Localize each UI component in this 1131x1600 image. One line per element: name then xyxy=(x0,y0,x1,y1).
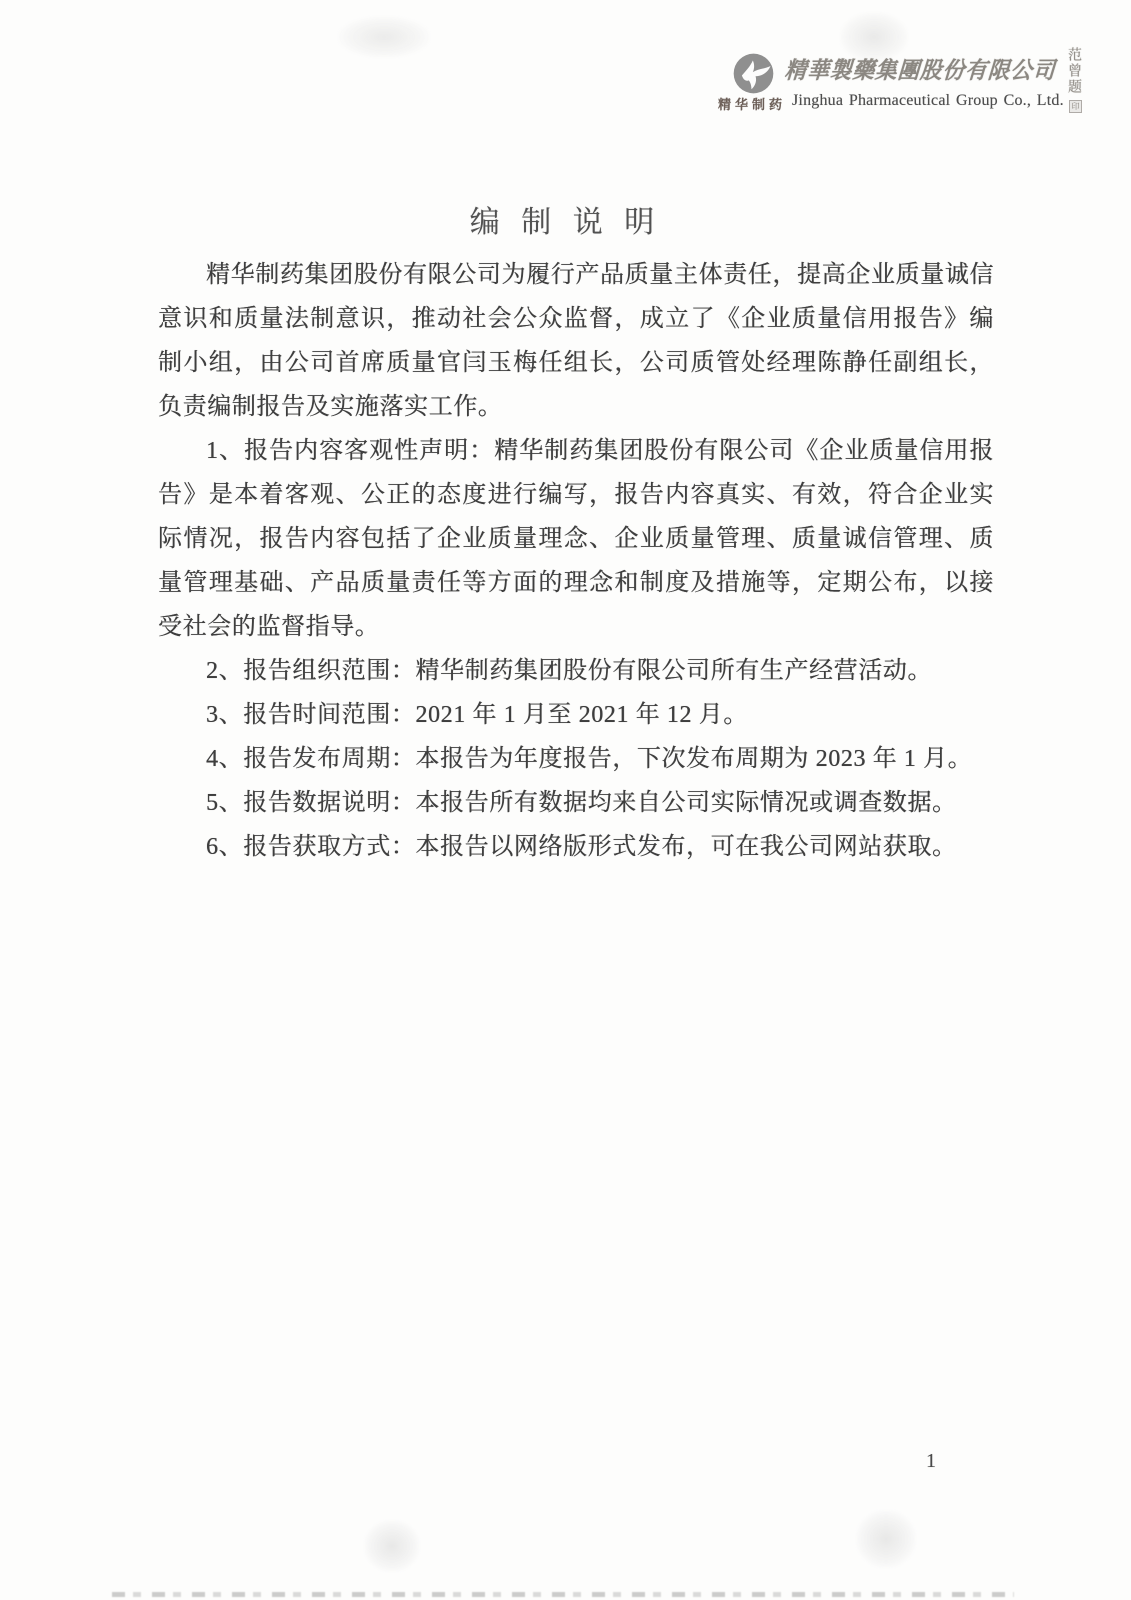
page-title: 编 制 说 明 xyxy=(0,197,1131,241)
page-number: 1 xyxy=(926,1450,936,1473)
intro-paragraph: 精华制药集团股份有限公司为履行产品质量主体责任，提高企业质量诚信意识和质量法制意… xyxy=(158,253,994,429)
item-1-objectivity: 1、报告内容客观性声明：精华制药集团股份有限公司《企业质量信用报告》是本着客观、… xyxy=(158,429,994,649)
company-logo xyxy=(733,53,774,94)
scan-smudge-bottom-right xyxy=(856,1510,916,1568)
item-4-publish-cycle: 4、报告发布周期：本报告为年度报告，下次发布周期为 2023 年 1 月。 xyxy=(158,737,994,781)
company-name-english: Jinghua Pharmaceutical Group Co., Ltd. xyxy=(792,92,1044,110)
item-2-organization-scope: 2、报告组织范围：精华制药集团股份有限公司所有生产经营活动。 xyxy=(158,649,994,693)
logo-caption: 精华制药 xyxy=(704,94,800,113)
calligrapher-signature: 范曾题 xyxy=(1063,47,1083,107)
scan-smudge-top-right xyxy=(840,12,908,62)
scan-smudge-top-left xyxy=(338,16,430,58)
scanned-document-page: 精华制药 精華製藥集團股份有限公司 Jinghua Pharmaceutical… xyxy=(0,0,1131,1600)
item-6-access-method: 6、报告获取方式：本报告以网络版形式发布，可在我公司网站获取。 xyxy=(158,825,994,869)
item-5-data-description: 5、报告数据说明：本报告所有数据均来自公司实际情况或调查数据。 xyxy=(158,781,994,825)
company-name-calligraphy: 精華製藥集團股份有限公司 xyxy=(784,52,1040,85)
document-body: 精华制药集团股份有限公司为履行产品质量主体责任，提高企业质量诚信意识和质量法制意… xyxy=(158,253,994,869)
calligrapher-seal-icon: 印 xyxy=(1069,100,1082,113)
next-page-bleed-through xyxy=(112,1592,1014,1597)
dove-icon xyxy=(733,53,774,94)
item-3-time-range: 3、报告时间范围：2021 年 1 月至 2021 年 12 月。 xyxy=(158,693,994,737)
scan-smudge-bottom-left xyxy=(364,1520,420,1572)
